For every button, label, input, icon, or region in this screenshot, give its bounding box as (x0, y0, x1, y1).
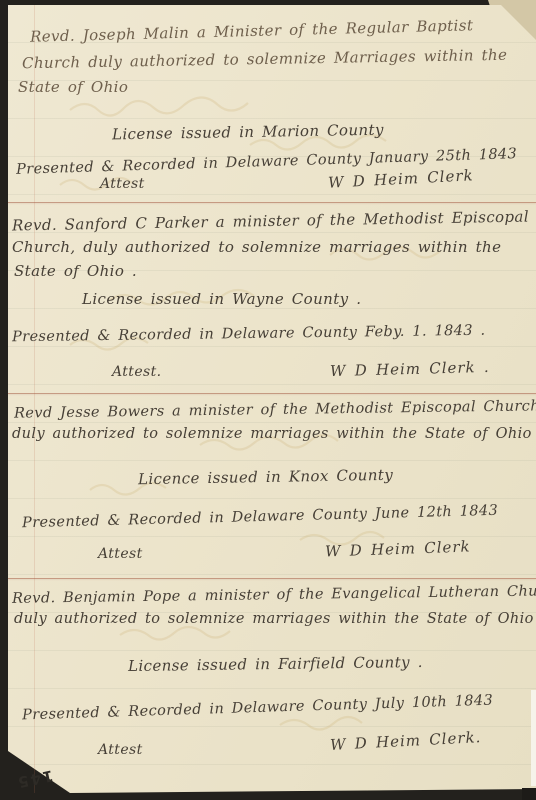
entry-line: State of Ohio (18, 78, 128, 96)
entry-line: duly authorized to solemnize marriages w… (14, 611, 534, 627)
entry-divider-line (8, 578, 536, 579)
license-line: License issued in Wayne County . (82, 290, 361, 308)
scanned-ledger-page: Revd. Joseph Malin a Minister of the Reg… (0, 0, 536, 800)
bottom-right-corner-shadow (522, 788, 536, 800)
page-edge-highlight (531, 690, 536, 786)
attest-label: Attest (98, 546, 143, 562)
entry-divider-line (8, 393, 536, 394)
entry-line: Church, duly authorized to solemnize mar… (12, 238, 501, 256)
attest-label: Attest (98, 742, 143, 758)
entry-divider-line (8, 202, 536, 203)
attest-label: Attest (100, 176, 145, 192)
entry-line: State of Ohio . (14, 262, 137, 280)
attest-label: Attest. (112, 364, 161, 380)
entry-line: duly authorized to solemnize marriages w… (12, 426, 532, 442)
